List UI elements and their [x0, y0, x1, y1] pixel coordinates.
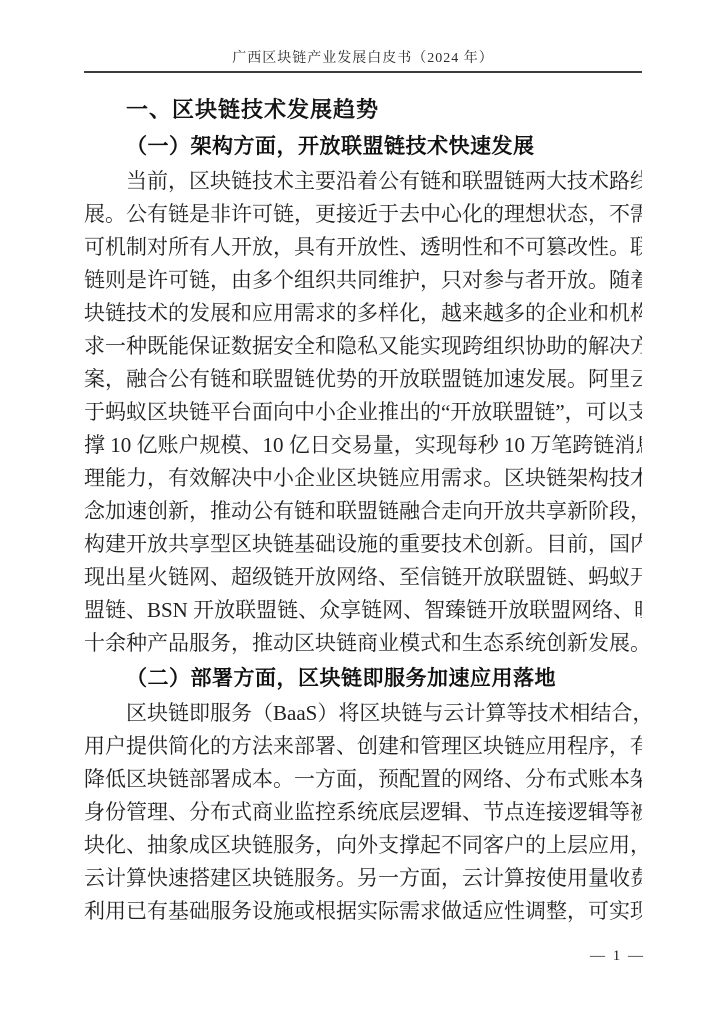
paragraph-line: 利用已有基础服务设施或根据实际需求做适应性调整，可实现应 — [84, 895, 642, 928]
header-rule — [84, 71, 642, 73]
paragraph-line: 当前，区块链技术主要沿着公有链和联盟链两大技术路线发 — [84, 165, 642, 198]
paragraph-line: 降低区块链部署成本。一方面，预配置的网络、分布式账本架构、 — [84, 763, 642, 796]
paragraph-line: 求一种既能保证数据安全和隐私又能实现跨组织协助的解决方 — [84, 330, 642, 363]
document-page: 广西区块链产业发展白皮书（2024 年） 一、区块链技术发展趋势 （一）架构方面… — [0, 0, 724, 1024]
paragraph-line: 区块链即服务（BaaS）将区块链与云计算等技术相结合，为 — [84, 697, 642, 730]
paragraph-line: 十余种产品服务，推动区块链商业模式和生态系统创新发展。 — [84, 627, 642, 660]
paragraph-line: 块链技术的发展和应用需求的多样化，越来越多的企业和机构寻 — [84, 297, 642, 330]
running-header-title: 广西区块链产业发展白皮书（2024 年） — [84, 47, 642, 67]
document-body: 一、区块链技术发展趋势 （一）架构方面，开放联盟链技术快速发展 当前，区块链技术… — [84, 92, 642, 928]
paragraph-line: 云计算快速搭建区块链服务。另一方面，云计算按使用量收费， — [84, 862, 642, 895]
section-heading: 一、区块链技术发展趋势 — [84, 92, 642, 128]
page-number: — 1 — — [590, 948, 645, 965]
paragraph-line: 构建开放共享型区块链基础设施的重要技术创新。目前，国内已涌 — [84, 528, 642, 561]
paragraph-2: 区块链即服务（BaaS）将区块链与云计算等技术相结合，为 用户提供简化的方法来部… — [84, 697, 642, 928]
paragraph-line: 盟链、BSN 开放联盟链、众享链网、智臻链开放联盟网络、旺链等 — [84, 594, 642, 627]
paragraph-line: 理能力，有效解决中小企业区块链应用需求。区块链架构技术理 — [84, 462, 642, 495]
paragraph-line: 展。公有链是非许可链，更接近于去中心化的理想状态，不需许 — [84, 198, 642, 231]
paragraph-line: 块化、抽象成区块链服务，向外支撑起不同客户的上层应用，用 — [84, 829, 642, 862]
paragraph-line: 用户提供简化的方法来部署、创建和管理区块链应用程序，有效 — [84, 730, 642, 763]
paragraph-line: 现出星火链网、超级链开放网络、至信链开放联盟链、蚂蚁开放联 — [84, 561, 642, 594]
paragraph-line: 念加速创新，推动公有链和联盟链融合走向开放共享新阶段，成为 — [84, 495, 642, 528]
paragraph-line: 可机制对所有人开放，具有开放性、透明性和不可篡改性。联盟 — [84, 231, 642, 264]
paragraph-1: 当前，区块链技术主要沿着公有链和联盟链两大技术路线发 展。公有链是非许可链，更接… — [84, 165, 642, 660]
subsection-heading-1: （一）架构方面，开放联盟链技术快速发展 — [84, 128, 642, 165]
paragraph-line: 链则是许可链，由多个组织共同维护，只对参与者开放。随着区 — [84, 264, 642, 297]
paragraph-line: 撑 10 亿账户规模、10 亿日交易量，实现每秒 10 万笔跨链消息处 — [84, 429, 642, 462]
paragraph-line: 案，融合公有链和联盟链优势的开放联盟链加速发展。阿里云基 — [84, 363, 642, 396]
paragraph-line: 于蚂蚁区块链平台面向中小企业推出的“开放联盟链”，可以支 — [84, 396, 642, 429]
paragraph-line: 身份管理、分布式商业监控系统底层逻辑、节点连接逻辑等被模 — [84, 796, 642, 829]
subsection-heading-2: （二）部署方面，区块链即服务加速应用落地 — [84, 660, 642, 697]
